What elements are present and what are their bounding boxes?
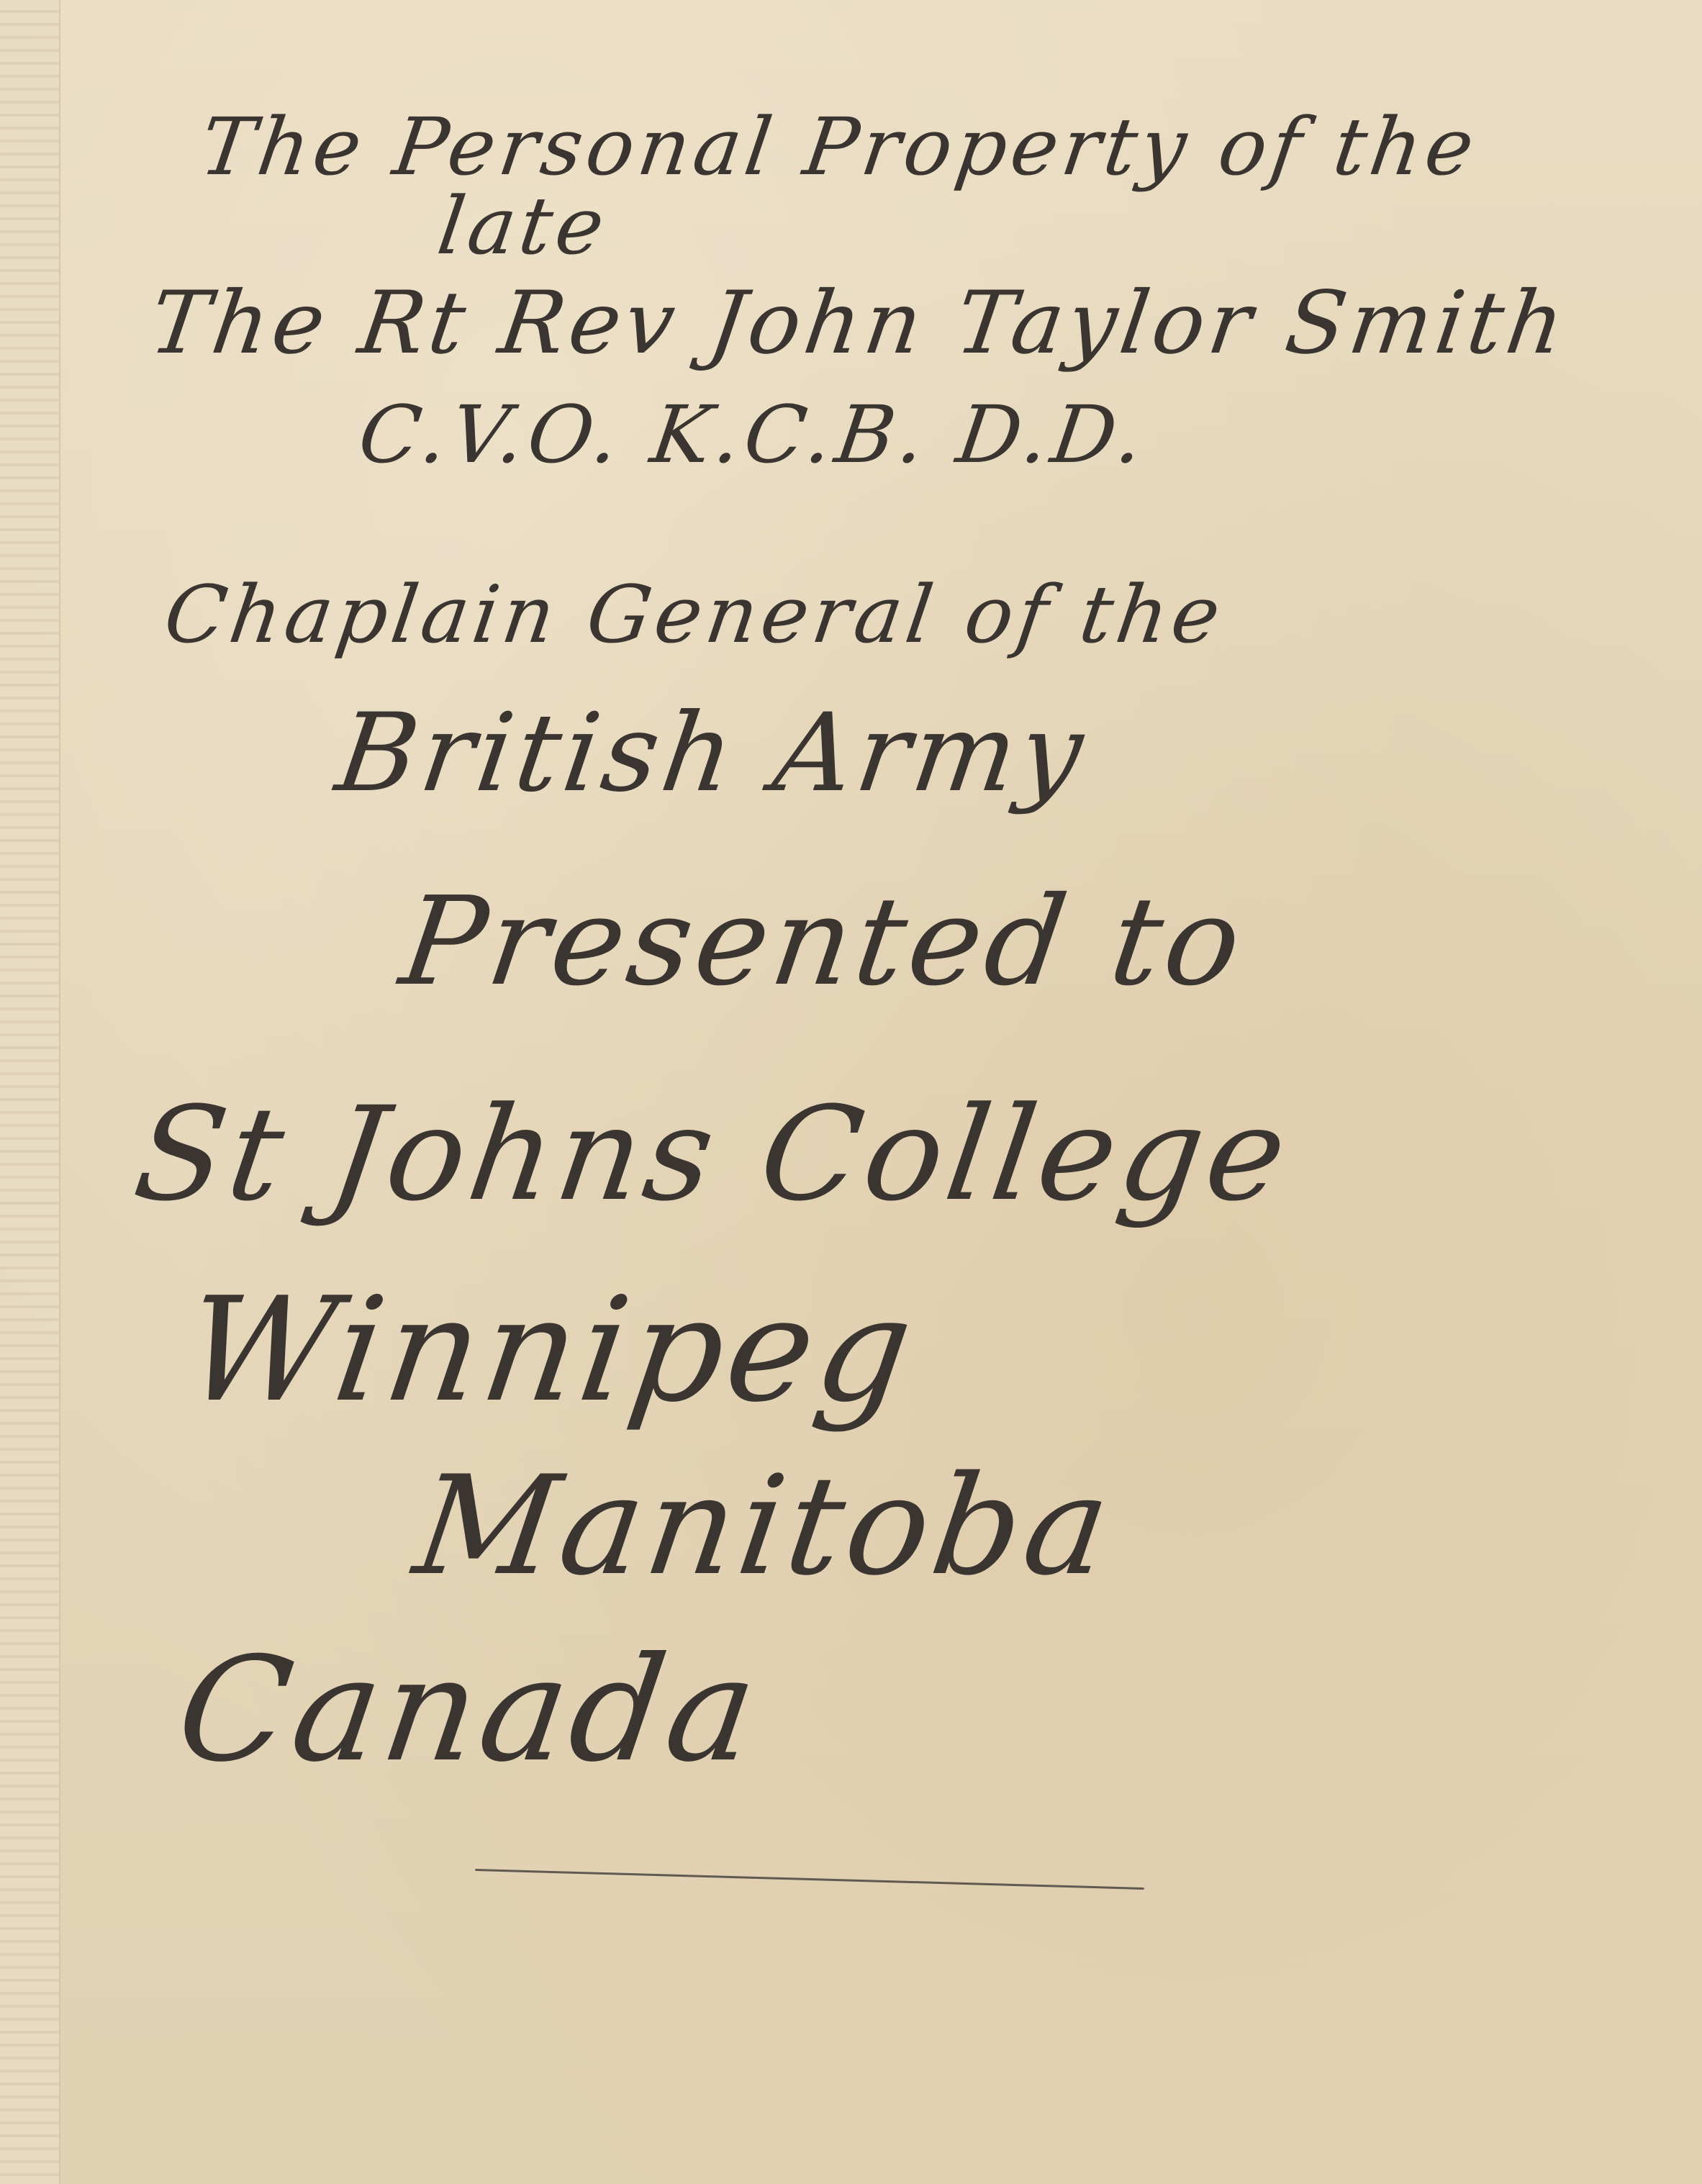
inscription-line-2: late <box>433 180 614 272</box>
inscription-line-11: Canada <box>168 1626 770 1794</box>
inscription-line-8: St Johns College <box>126 1079 1299 1230</box>
inscription-line-7: Presented to <box>393 871 1254 1013</box>
inscription-line-4: C.V.O. K.C.B. D.D. <box>353 389 1154 481</box>
inscription-line-3: The Rt Rev John Taylor Smith <box>144 273 1574 373</box>
inscription-line-10: Manitoba <box>406 1446 1123 1605</box>
inscription-page: The Personal Property of the late The Rt… <box>0 0 1702 2184</box>
inscription-line-5: Chaplain General of the <box>159 568 1230 661</box>
binding-gutter <box>0 0 60 2184</box>
inscription-line-9: Winnipeg <box>176 1267 926 1434</box>
divider-rule <box>475 1869 1144 1890</box>
inscription-line-1: The Personal Property of the <box>195 101 1484 193</box>
inscription-line-6: British Army <box>330 691 1095 816</box>
